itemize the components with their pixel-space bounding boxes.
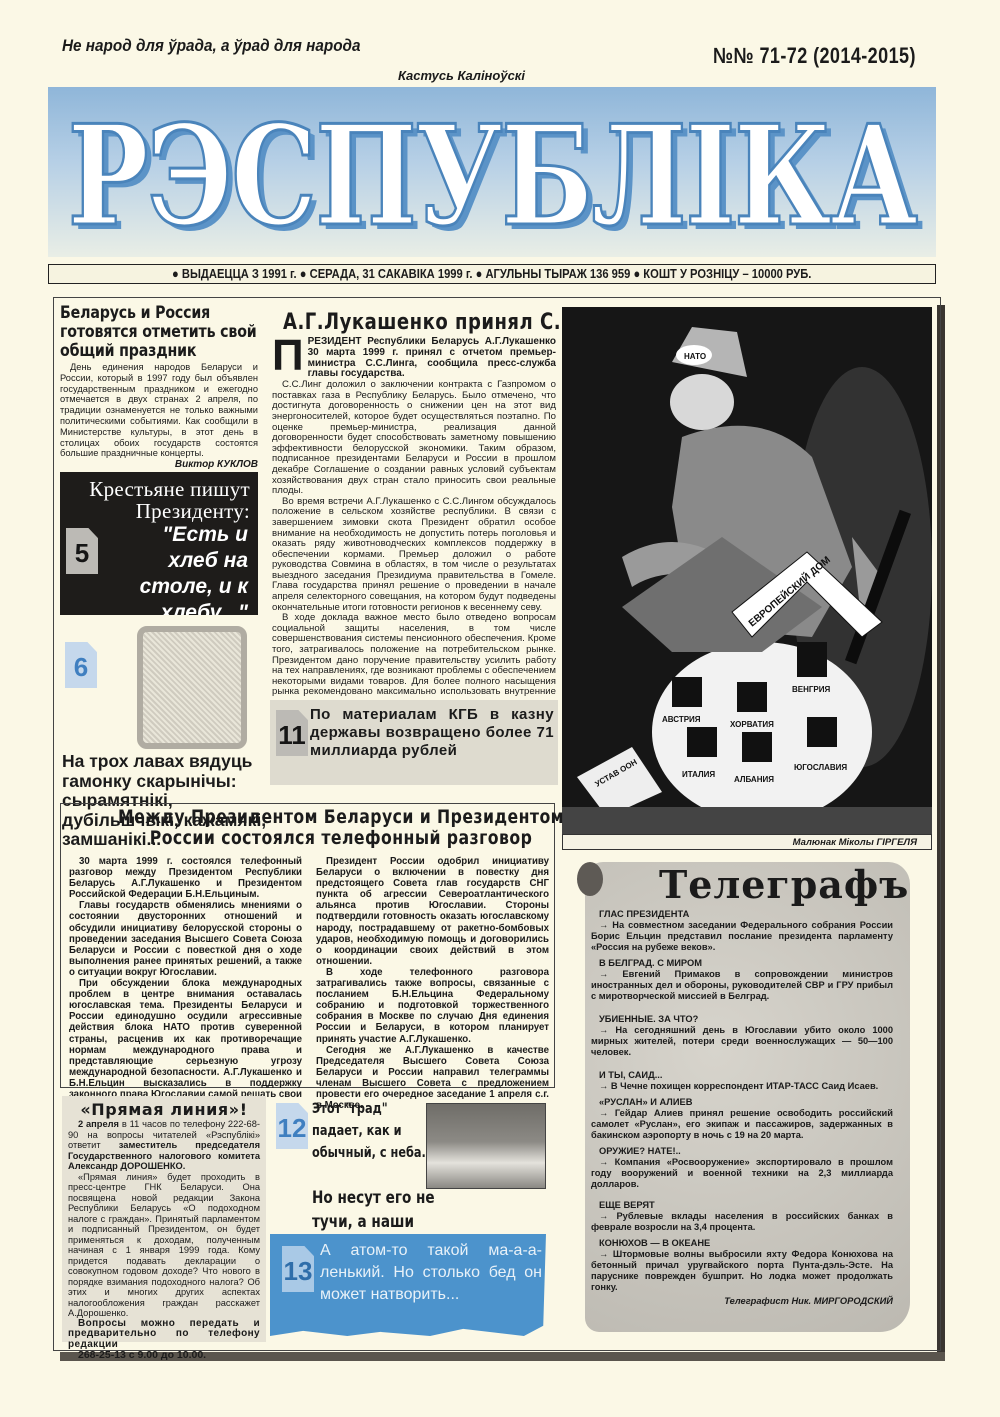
- telegraph-item-head: ЕЩЕ ВЕРЯТ: [591, 1200, 893, 1211]
- telegraph-item-text: → Гейдар Алиев принял решение освободить…: [591, 1108, 893, 1141]
- newspaper-title: РЭСПУБЛІКА: [68, 107, 917, 245]
- telegraph-item-head: «РУСЛАН» И АЛИЕВ: [591, 1097, 893, 1108]
- svg-text:ЮГОСЛАВИЯ: ЮГОСЛАВИЯ: [794, 763, 847, 772]
- phone-paragraph: Главы государств обменялись мнениями о с…: [69, 900, 302, 978]
- svg-text:ВЕНГРИЯ: ВЕНГРИЯ: [792, 685, 831, 694]
- phone-paragraph: Президент России одобрил инициативу Бела…: [316, 856, 549, 967]
- holiday-article: Беларусь и Россия готовятся отметить сво…: [60, 303, 258, 470]
- phone-headline-text: Между Президентом Беларуси и Президентом…: [103, 807, 579, 849]
- telegraph-column: Телеграфъ ГЛАС ПРЕЗИДЕНТА → На совместно…: [577, 858, 927, 1343]
- telegraph-item-text: → Компания «Росвооружение» экспортировал…: [591, 1157, 893, 1190]
- teaser-page-11[interactable]: 11 По материалам КГБ в казну державы воз…: [270, 700, 558, 785]
- teaser-page-5[interactable]: Крестьяне пишут Президенту: 5 "Есть и хл…: [60, 472, 258, 615]
- svg-text:АВСТРИЯ: АВСТРИЯ: [662, 715, 701, 724]
- direct-line-date: 2 апреля: [78, 1119, 119, 1129]
- svg-text:ИТАЛИЯ: ИТАЛИЯ: [682, 770, 715, 779]
- page-6-badge-icon[interactable]: 6: [65, 642, 97, 688]
- direct-line-body: «Прямая линия» будет проходить в пресс-ц…: [68, 1172, 260, 1319]
- direct-line-headline[interactable]: «Прямая линия»!: [68, 1100, 260, 1119]
- svg-text:АЛБАНИЯ: АЛБАНИЯ: [734, 775, 774, 784]
- telegraph-item-head: ГЛАС ПРЕЗИДЕНТА: [591, 909, 893, 920]
- telegraph-item-head: И ТЫ, САИД...: [591, 1070, 893, 1081]
- nameplate: РЭСПУБЛІКА: [48, 87, 936, 257]
- telegraph-item-head: УБИЕННЫЕ. ЗА ЧТО?: [591, 1014, 893, 1025]
- telegraph-signature: Телеграфист Ник. МИРГОРОДСКИЙ: [591, 1296, 893, 1307]
- cartoon-illustration-icon: НАТО ЕВРОПЕЙСКИЙ ДОМ АВСТРИЯ ХОРВАТИЯ ВЕ…: [562, 307, 932, 847]
- phone-paragraph: При обсуждении блока международных пробл…: [69, 978, 302, 1111]
- direct-line-questions: Вопросы можно передать и предварительно …: [68, 1319, 260, 1351]
- telegraph-title: Телеграфъ: [659, 862, 909, 907]
- telegraph-item-text: → Штормовые волны выбросили яхту Федора …: [591, 1249, 893, 1293]
- telegraph-item-text: → Рублевые вклады населения в российских…: [591, 1211, 893, 1233]
- telegraph-item-head: ОРУЖИЕ? НАТЕ!..: [591, 1146, 893, 1157]
- page-12-badge-icon[interactable]: 12: [276, 1103, 308, 1149]
- teaser-page-13[interactable]: 13 А атом-то такой ма-а-а-ленький. Но ст…: [270, 1234, 546, 1336]
- phone-paragraph: 30 марта 1999 г. состоялся телефонный ра…: [69, 856, 302, 900]
- ling-lead: РЕЗИДЕНТ Республики Беларусь А.Г.Лукашен…: [308, 336, 556, 379]
- telegraph-item-text: → В Чечне похищен корреспондент ИТАР-ТАС…: [591, 1081, 893, 1092]
- page-5-badge-icon: 5: [66, 528, 98, 574]
- telegraph-item-head: КОНЮХОВ — В ОКЕАНЕ: [591, 1238, 893, 1249]
- svg-text:НАТО: НАТО: [684, 352, 706, 361]
- telegraph-items: ГЛАС ПРЕЗИДЕНТА → На совместном заседани…: [591, 904, 893, 1307]
- dropcap: П: [272, 337, 304, 375]
- maz-launcher-photo: [426, 1103, 546, 1189]
- political-cartoon: НАТО ЕВРОПЕЙСКИЙ ДОМ АВСТРИЯ ХОРВАТИЯ ВЕ…: [562, 307, 932, 847]
- direct-line-phone: 268-25-13 с 9.00 до 10.00.: [68, 1350, 260, 1361]
- scroll-roll-icon: [577, 862, 603, 896]
- telegraph-item-text: → На сегодняшний день в Югославии убито …: [591, 1025, 893, 1058]
- issue-number: №№ 71-72 (2014-2015): [713, 43, 916, 69]
- phone-article: Между Президентом Беларуси и Президентом…: [60, 803, 555, 1088]
- info-bar: ● ВЫДАЕЦЦА З 1991 г. ● СЕРАДА, 31 САКАВІ…: [48, 264, 936, 284]
- info-bar-text: ● ВЫДАЕЦЦА З 1991 г. ● СЕРАДА, 31 САКАВІ…: [172, 265, 811, 282]
- phone-headline[interactable]: Между Президентом Беларуси и Президентом…: [61, 807, 554, 849]
- telegraph-item-text: → Евгений Примаков в сопровождении минис…: [591, 969, 893, 1002]
- phone-article-body: 30 марта 1999 г. состоялся телефонный ра…: [69, 856, 549, 1111]
- holiday-body: День единения народов Беларуси и России,…: [60, 362, 258, 459]
- telegraph-item-text: → На совместном заседании Федерального с…: [591, 920, 893, 953]
- ling-paragraph: В ходе доклада важное место было отведен…: [272, 613, 556, 708]
- ling-paragraph: С.С.Линг доложил о заключении контракта …: [272, 380, 556, 497]
- svg-text:ХОРВАТИЯ: ХОРВАТИЯ: [730, 720, 774, 729]
- motto: Не народ для ўрада, а ўрад для народа: [62, 36, 361, 56]
- scroll-illustration: [137, 626, 247, 749]
- holiday-byline: Виктор КУКЛОВ: [60, 459, 258, 470]
- teaser-kicker: Крестьяне пишут Президенту:: [60, 472, 258, 522]
- telegraph-item-head: В БЕЛГРАД. С МИРОМ: [591, 958, 893, 969]
- holiday-headline[interactable]: Беларусь и Россия готовятся отметить сво…: [60, 303, 258, 360]
- page-11-badge-icon: 11: [276, 710, 308, 756]
- ling-article-body: ПРЕЗИДЕНТ Республики Беларусь А.Г.Лукаше…: [272, 337, 556, 719]
- direct-line-box: «Прямая линия»! 2 апреля в 11 часов по т…: [62, 1096, 266, 1342]
- teaser-headline: А атом-то такой ма-а-а-ленький. Но столь…: [320, 1240, 542, 1306]
- teaser-headline: По материалам КГБ в казну державы возвра…: [310, 706, 554, 760]
- cartoon-caption: Малюнак Міколы ГІРГЕЛЯ: [562, 834, 932, 850]
- teaser-page-12-headline[interactable]: Этот "град" падает, как и обычный, с неб…: [312, 1098, 429, 1164]
- page-13-badge-icon: 13: [282, 1246, 314, 1292]
- phone-paragraph: В ходе телефонного разговора затрагивали…: [316, 967, 549, 1045]
- motto-author: Кастусь Каліноўскі: [398, 68, 525, 83]
- ling-paragraph: Во время встречи А.Г.Лукашенко с С.С.Лин…: [272, 497, 556, 614]
